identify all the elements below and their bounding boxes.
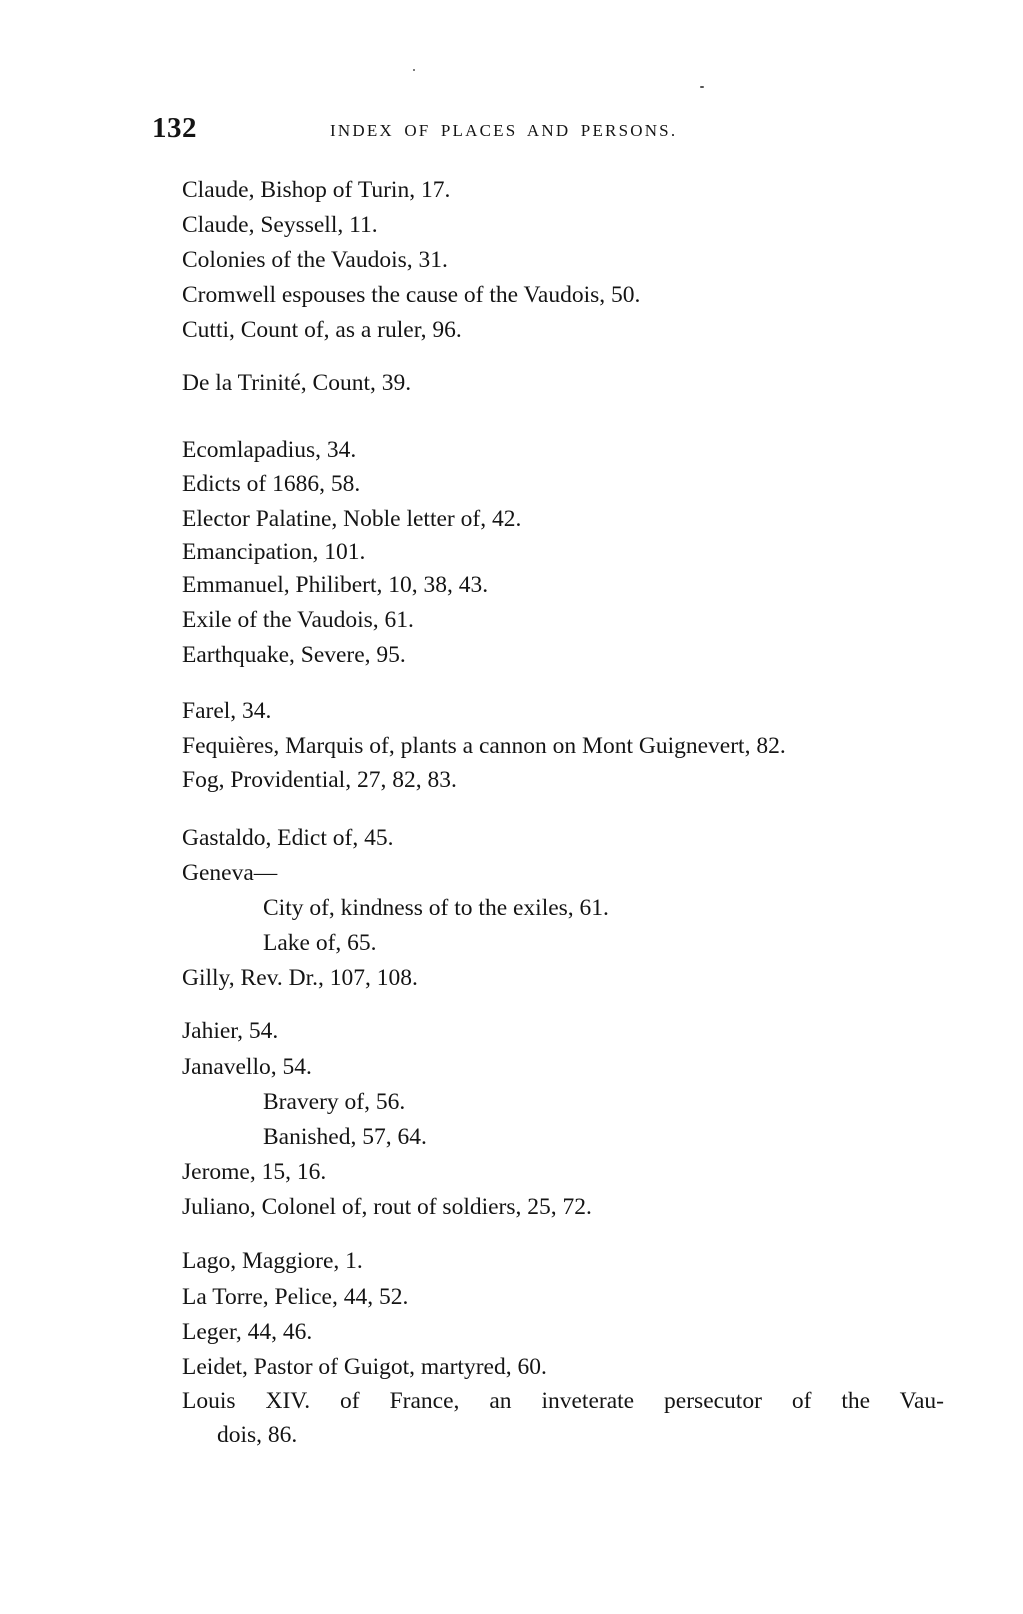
print-speck [413, 69, 415, 71]
page-header: 132 INDEX OF PLACES AND PERSONS. [152, 112, 972, 152]
index-subentry: Bravery of, 56. [263, 1087, 405, 1117]
index-entry-text: Leger, 44, 46. [182, 1319, 312, 1345]
index-entry-text: Jahier, 54. [182, 1018, 278, 1044]
index-entry-text: Lago, Maggiore, 1. [182, 1248, 363, 1274]
index-entry-text: City of, kindness of to the exiles, 61. [263, 895, 609, 921]
index-entry: Claude, Seyssell, 11. [182, 210, 378, 240]
index-entry-text: Geneva— [182, 860, 277, 886]
index-entry: Jerome, 15, 16. [182, 1157, 326, 1187]
index-entry: La Torre, Pelice, 44, 52. [182, 1282, 408, 1312]
index-entry: Lago, Maggiore, 1. [182, 1246, 363, 1276]
index-entry-text: Janavello, 54. [182, 1054, 312, 1080]
index-entry: Colonies of the Vaudois, 31. [182, 245, 448, 275]
index-entry-text: Emmanuel, Philibert, 10, 38, 43. [182, 572, 488, 598]
index-entry: Louis XIV. of France, an inveterate pers… [182, 1386, 944, 1416]
index-entry-text: Cromwell espouses the cause of the Vaudo… [182, 282, 640, 308]
index-entry-text: Lake of, 65. [263, 930, 377, 956]
print-speck [700, 86, 704, 88]
index-entry-text: De la Trinité, Count, 39. [182, 370, 411, 396]
index-entry: Gastaldo, Edict of, 45. [182, 823, 393, 853]
index-entry: Ecomlapadius, 34. [182, 435, 356, 465]
index-entry: Janavello, 54. [182, 1052, 312, 1082]
index-entry: De la Trinité, Count, 39. [182, 368, 411, 398]
index-entry: Earthquake, Severe, 95. [182, 640, 406, 670]
index-entry-continuation: dois, 86. [217, 1420, 297, 1450]
index-entry: Gilly, Rev. Dr., 107, 108. [182, 963, 418, 993]
index-entry-text: Gilly, Rev. Dr., 107, 108. [182, 965, 418, 991]
index-entry-text: Edicts of 1686, 58. [182, 471, 360, 497]
index-entry-text: Fequières, Marquis of, plants a cannon o… [182, 733, 786, 759]
index-entry-text: Ecomlapadius, 34. [182, 437, 356, 463]
index-entry-text: Exile of the Vaudois, 61. [182, 607, 414, 633]
page-number: 132 [152, 112, 197, 145]
index-entry: Geneva— [182, 858, 277, 888]
index-entry: Fequières, Marquis of, plants a cannon o… [182, 731, 786, 761]
index-entry-text: Gastaldo, Edict of, 45. [182, 825, 393, 851]
index-subentry: Banished, 57, 64. [263, 1122, 427, 1152]
index-entry: Edicts of 1686, 58. [182, 469, 360, 499]
index-entry: Exile of the Vaudois, 61. [182, 605, 414, 635]
index-entry-text: Juliano, Colonel of, rout of soldiers, 2… [182, 1194, 592, 1220]
index-entry: Jahier, 54. [182, 1016, 278, 1046]
index-entry-text: dois, 86. [217, 1422, 297, 1448]
index-entry: Claude, Bishop of Turin, 17. [182, 175, 450, 205]
running-title: INDEX OF PLACES AND PERSONS. [330, 121, 677, 141]
index-subentry: City of, kindness of to the exiles, 61. [263, 893, 609, 923]
index-entry: Leidet, Pastor of Guigot, martyred, 60. [182, 1352, 547, 1382]
index-entry-text: Cutti, Count of, as a ruler, 96. [182, 317, 462, 343]
index-entry: Fog, Providential, 27, 82, 83. [182, 765, 457, 795]
index-entry: Cromwell espouses the cause of the Vaudo… [182, 280, 640, 310]
index-entry: Emmanuel, Philibert, 10, 38, 43. [182, 570, 488, 600]
index-entry: Juliano, Colonel of, rout of soldiers, 2… [182, 1192, 592, 1222]
index-entry-text: Fog, Providential, 27, 82, 83. [182, 767, 457, 793]
index-entry: Emancipation, 101. [182, 537, 365, 567]
index-entry: Leger, 44, 46. [182, 1317, 312, 1347]
index-entry-text: Claude, Seyssell, 11. [182, 212, 378, 238]
index-entry-text: Emancipation, 101. [182, 539, 365, 565]
index-entry-text: Leidet, Pastor of Guigot, martyred, 60. [182, 1354, 547, 1380]
index-entry-text: Bravery of, 56. [263, 1089, 405, 1115]
index-entry-text: Elector Palatine, Noble letter of, 42. [182, 506, 521, 532]
index-entry-text: La Torre, Pelice, 44, 52. [182, 1284, 408, 1310]
book-page: 132 INDEX OF PLACES AND PERSONS. Claude,… [0, 0, 1023, 1614]
index-entry-text: Earthquake, Severe, 95. [182, 642, 406, 668]
index-entry-text: Jerome, 15, 16. [182, 1159, 326, 1185]
index-entry-text: Colonies of the Vaudois, 31. [182, 247, 448, 273]
index-entry-text: Claude, Bishop of Turin, 17. [182, 177, 450, 203]
index-entry-text: Louis XIV. of France, an inveterate pers… [182, 1386, 944, 1416]
index-entry: Farel, 34. [182, 696, 271, 726]
index-entry: Elector Palatine, Noble letter of, 42. [182, 504, 521, 534]
index-entry-text: Banished, 57, 64. [263, 1124, 427, 1150]
index-subentry: Lake of, 65. [263, 928, 377, 958]
index-entry: Cutti, Count of, as a ruler, 96. [182, 315, 462, 345]
index-entry-text: Farel, 34. [182, 698, 271, 724]
